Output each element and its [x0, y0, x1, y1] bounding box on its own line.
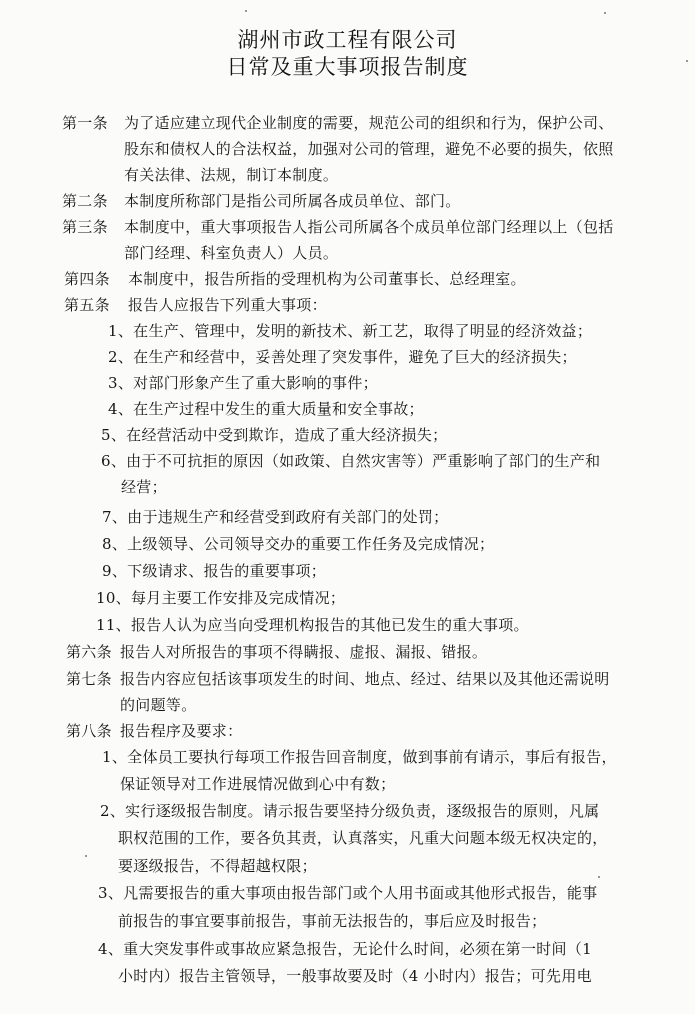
article-1-line-1: 第一条为了适应建立现代企业制度的需要，规范公司的组织和行为，保护公司、 — [62, 114, 614, 132]
article-1-line-2: 股东和债权人的合法权益，加强对公司的管理，避免不必要的损失，依照 — [124, 140, 614, 158]
list-item: 2、在生产和经营中，妥善处理了突发事件，避免了巨大的经济损失； — [108, 348, 577, 366]
article-2: 第二条本制度所称部门是指公司所属各成员单位、部门。 — [62, 192, 461, 210]
scan-speck — [686, 60, 688, 62]
article-text: 为了适应建立现代企业制度的需要，规范公司的组织和行为，保护公司、 — [124, 114, 614, 132]
scan-speck — [130, 300, 132, 302]
scan-speck — [598, 876, 600, 878]
list-item: 9、下级请求、报告的重要事项； — [102, 562, 326, 580]
company-title: 湖州市政工程有限公司 — [0, 24, 695, 54]
article-8: 第八条报告程序及要求： — [66, 722, 242, 740]
list-item-continuation: 前报告的事宜要事前报告，事前无法报告的，事后应及时报告； — [118, 912, 546, 930]
list-item-continuation: 经营； — [121, 478, 167, 496]
list-item: 7、由于违规生产和经营受到政府有关部门的处罚； — [102, 508, 448, 526]
list-item: 1、全体员工要执行每项工作报告回音制度，做到事前有请示，事后有报告， — [102, 748, 617, 766]
list-item: 4、在生产过程中发生的重大质量和安全事故； — [108, 400, 424, 418]
article-4: 第四条本制度中，报告所指的受理机构为公司董事长、总经理室。 — [64, 270, 526, 288]
article-text: 报告内容应包括该事项发生的时间、地点、经过、结果以及其他还需说明 — [120, 670, 610, 688]
article-text: 报告人应报告下列重大事项： — [128, 296, 327, 314]
article-label: 第八条 — [66, 722, 120, 740]
article-label: 第五条 — [64, 296, 128, 314]
scan-speck — [604, 12, 606, 14]
list-item: 2、实行逐级报告制度。请示报告要坚持分级负责，逐级报告的原则，凡属 — [100, 802, 599, 820]
article-1-line-3: 有关法律、法规，制订本制度。 — [124, 166, 338, 184]
article-label: 第六条 — [66, 643, 120, 661]
article-6: 第六条报告人对所报告的事项不得瞒报、虚报、漏报、错报。 — [66, 643, 487, 661]
list-item: 1、在生产、管理中，发明的新技术、新工艺，取得了明显的经济效益； — [108, 322, 592, 340]
article-label: 第七条 — [66, 670, 120, 688]
list-item-continuation: 保证领导对工作进展情况做到心中有数； — [120, 775, 395, 793]
article-text: 报告人对所报告的事项不得瞒报、虚报、漏报、错报。 — [120, 643, 487, 661]
article-5: 第五条报告人应报告下列重大事项： — [64, 296, 327, 314]
list-item: 6、由于不可抗拒的原因（如政策、自然灾害等）严重影响了部门的生产和 — [101, 452, 600, 470]
article-label: 第四条 — [64, 270, 128, 288]
list-item: 8、上级领导、公司领导交办的重要工作任务及完成情况； — [102, 535, 494, 553]
article-text: 本制度所称部门是指公司所属各成员单位、部门。 — [124, 192, 461, 210]
article-label: 第一条 — [62, 114, 124, 132]
article-7-line-2: 的问题等。 — [120, 696, 197, 714]
list-item: 11、报告人认为应当向受理机构报告的其他已发生的重大事项。 — [96, 616, 529, 634]
list-item-continuation: 小时内）报告主管领导，一般事故要及时（4 小时内）报告；可先用电 — [118, 967, 592, 985]
article-text: 本制度中，重大事项报告人指公司所属各个成员单位部门经理以上（包括 — [124, 218, 614, 236]
list-item: 3、凡需要报告的重大事项由报告部门或个人用书面或其他形式报告，能事 — [98, 884, 597, 902]
list-item-continuation: 要逐级报告，不得超越权限； — [118, 857, 317, 875]
scan-speck — [245, 10, 247, 12]
list-item: 5、在经营活动中受到欺诈，造成了重大经济损失； — [101, 426, 447, 444]
list-item: 4、重大突发事件或事故应紧急报告，无论什么时间，必须在第一时间（1 — [98, 940, 592, 958]
article-label: 第三条 — [62, 218, 124, 236]
article-text: 本制度中，报告所指的受理机构为公司董事长、总经理室。 — [128, 270, 526, 288]
list-item-continuation: 职权范围的工作，要各负其责，认真落实，凡重大问题本级无权决定的， — [118, 829, 608, 847]
scan-speck — [85, 855, 87, 857]
document-title: 日常及重大事项报告制度 — [0, 51, 695, 81]
article-text: 报告程序及要求： — [120, 722, 242, 740]
list-item: 10、每月主要工作安排及完成情况； — [96, 589, 345, 607]
list-item: 3、对部门形象产生了重大影响的事件； — [108, 374, 378, 392]
article-3-line-2: 部门经理、科室负责人）人员。 — [124, 244, 338, 262]
document-page: 湖州市政工程有限公司 日常及重大事项报告制度 第一条为了适应建立现代企业制度的需… — [0, 0, 695, 1014]
article-label: 第二条 — [62, 192, 124, 210]
article-7-line-1: 第七条报告内容应包括该事项发生的时间、地点、经过、结果以及其他还需说明 — [66, 670, 610, 688]
article-3-line-1: 第三条本制度中，重大事项报告人指公司所属各个成员单位部门经理以上（包括 — [62, 218, 614, 236]
